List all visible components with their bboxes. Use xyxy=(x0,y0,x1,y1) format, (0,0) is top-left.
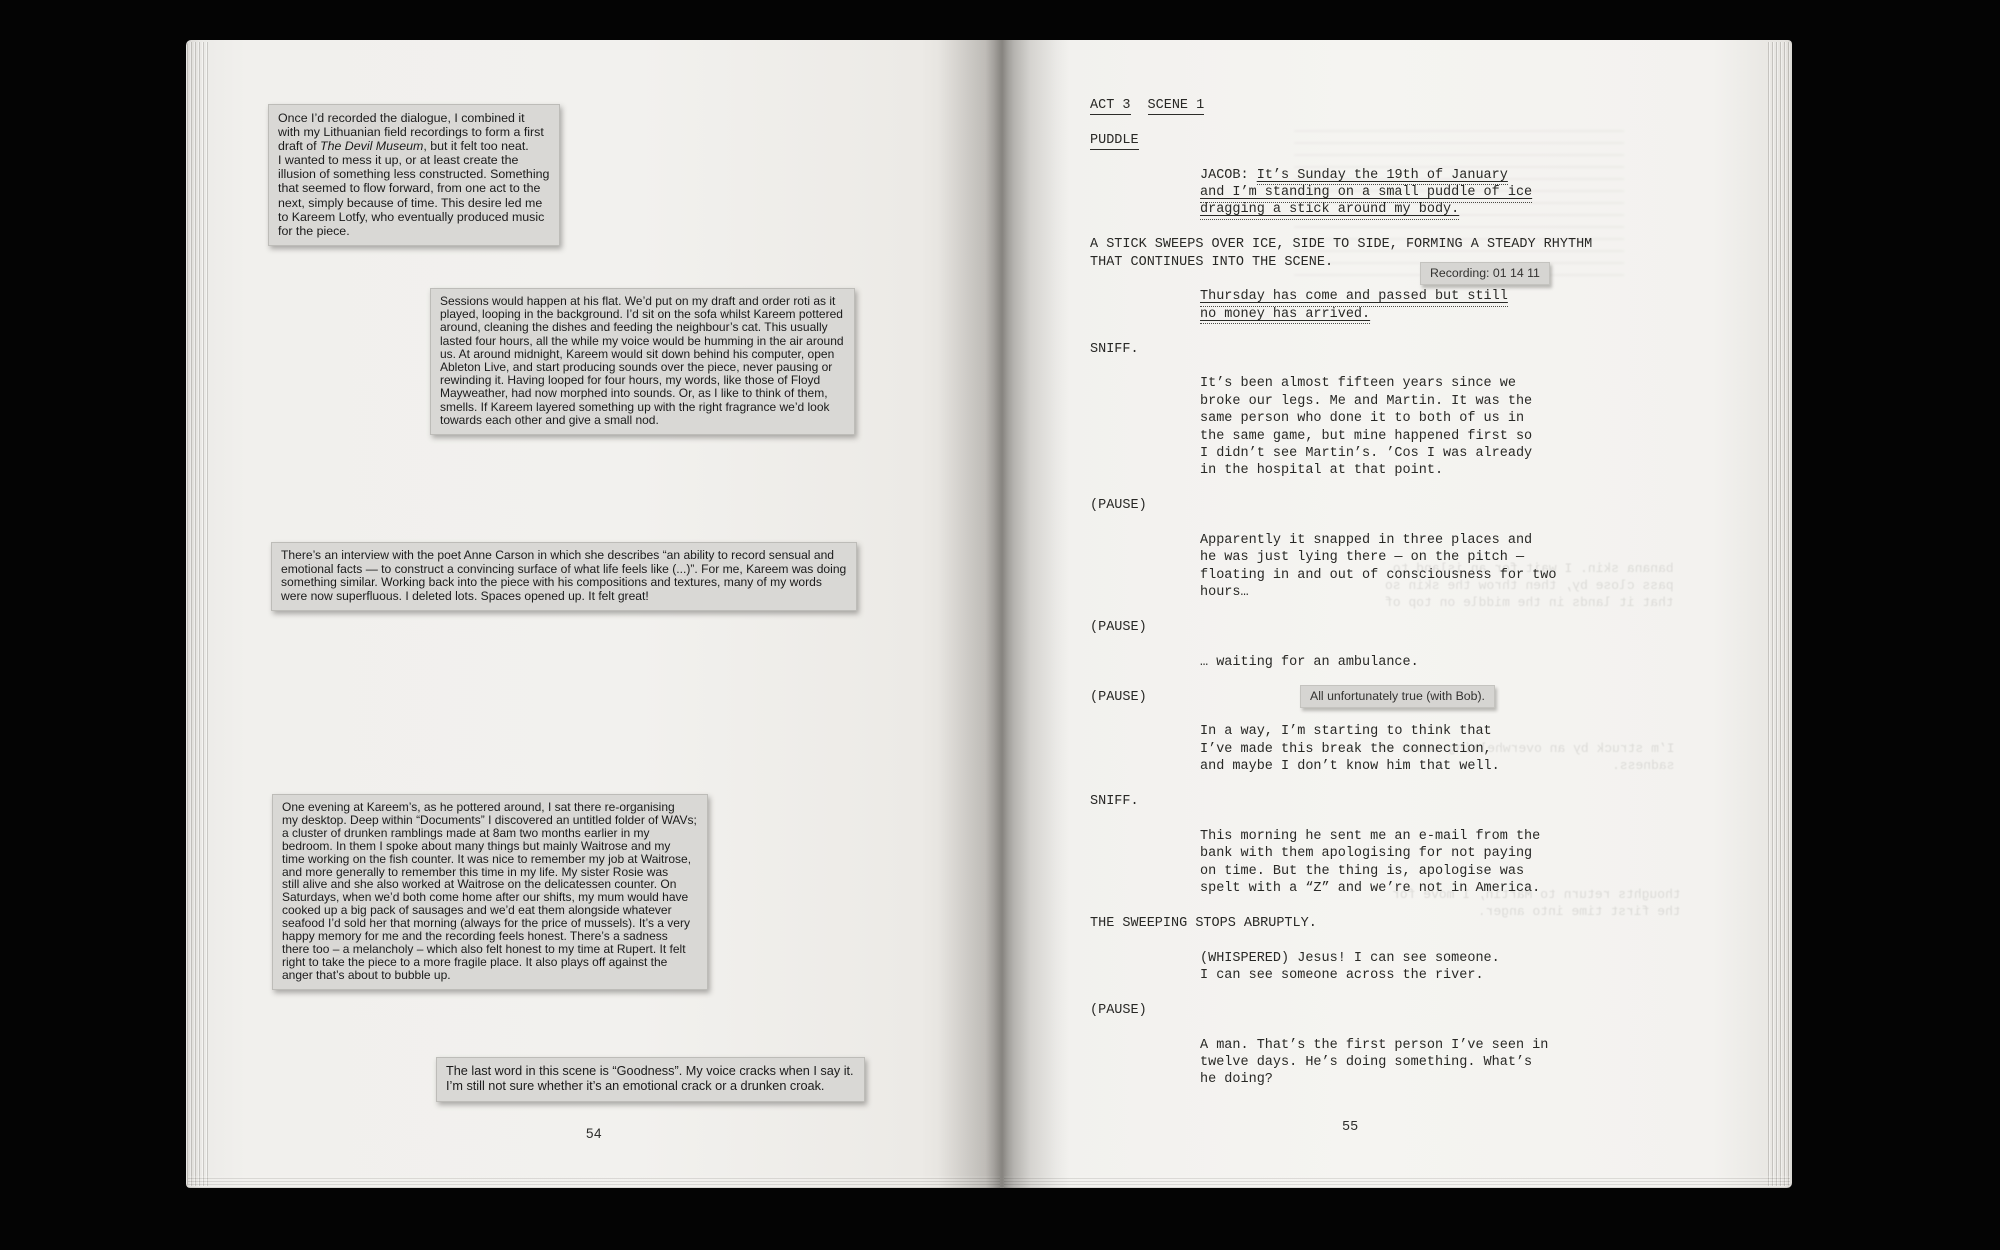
note-line: lasted four hours, all the while my voic… xyxy=(440,335,844,348)
script-line: SNIFF. xyxy=(1090,793,1764,810)
note-line: next, simply because of time. This desir… xyxy=(278,196,549,210)
note-line: towards each other and give a small nod. xyxy=(440,414,844,427)
script-line: same person who done it to both of us in xyxy=(1200,410,1764,427)
note-line: for the piece. xyxy=(278,224,549,238)
note-line: Mayweather, had now morphed into sounds.… xyxy=(440,387,844,400)
note-line: right to take the piece to a more fragil… xyxy=(282,956,697,969)
annotation-note: Sessions would happen at his flat. We’d … xyxy=(430,288,855,435)
script-line: (PAUSE) xyxy=(1090,1002,1764,1019)
script-line: A STICK SWEEPS OVER ICE, SIDE TO SIDE, F… xyxy=(1090,236,1764,253)
script-line: he doing? xyxy=(1200,1071,1764,1088)
script-line: and maybe I don’t know him that well. xyxy=(1200,758,1764,775)
script-line: SNIFF. xyxy=(1090,341,1764,358)
script-line: and I’m standing on a small puddle of ic… xyxy=(1200,184,1764,201)
margin-note-badge: All unfortunately true (with Bob). xyxy=(1300,685,1495,708)
stage-direction: THE SWEEPING STOPS ABRUPTLY. xyxy=(1090,915,1764,932)
script-line: THE SWEEPING STOPS ABRUPTLY. xyxy=(1090,915,1764,932)
script-line: hours… xyxy=(1200,584,1764,601)
left-page: Once I’d recorded the dialogue, I combin… xyxy=(186,40,1002,1188)
script-line: spelt with a “Z” and we’re not in Americ… xyxy=(1200,880,1764,897)
script-blocks: JACOB: It’s Sunday the 19th of Januaryan… xyxy=(1090,167,1764,1089)
script-line: I’ve made this break the connection, xyxy=(1200,741,1764,758)
dialogue-block: (WHISPERED) Jesus! I can see someone.I c… xyxy=(1200,950,1764,985)
script-text: ACT 3SCENE 1 PUDDLE JACOB: It’s Sunday t… xyxy=(1090,40,1764,1106)
script-line: (PAUSE) xyxy=(1090,619,1764,636)
note-line: that seemed to flow forward, from one ac… xyxy=(278,181,549,195)
note-line: there too – a melancholy – which also fe… xyxy=(282,943,697,956)
annotation-note: One evening at Kareem’s, as he pottered … xyxy=(272,794,708,990)
right-page: banana skin. I wait for an island topass… xyxy=(1002,40,1792,1188)
script-line: Thursday has come and passed but still xyxy=(1200,288,1764,305)
annotation-note: There’s an interview with the poet Anne … xyxy=(271,542,857,611)
script-line: the same game, but mine happened first s… xyxy=(1200,428,1764,445)
dialogue-block: Apparently it snapped in three places an… xyxy=(1200,532,1764,602)
note-line: my desktop. Deep within “Documents” I di… xyxy=(282,814,697,827)
note-line: illusion of something less constructed. … xyxy=(278,167,549,181)
script-line: broke our legs. Me and Martin. It was th… xyxy=(1200,393,1764,410)
note-line: emotional facts — to construct a convinc… xyxy=(281,563,846,577)
note-line: One evening at Kareem’s, as he pottered … xyxy=(282,801,697,814)
note-line: to Kareem Lotfy, who eventually produced… xyxy=(278,210,549,224)
script-line: … waiting for an ambulance. xyxy=(1200,654,1764,671)
note-line: There’s an interview with the poet Anne … xyxy=(281,549,846,563)
dialogue-block: A man. That’s the first person I’ve seen… xyxy=(1200,1037,1764,1089)
stage-direction: (PAUSE) xyxy=(1090,497,1764,514)
note-line: were now superfluous. I deleted lots. Sp… xyxy=(281,590,846,604)
act-label: ACT 3 xyxy=(1090,98,1131,115)
note-line: with my Lithuanian field recordings to f… xyxy=(278,125,549,139)
annotation-note: Once I’d recorded the dialogue, I combin… xyxy=(268,104,560,246)
page-number-54: 54 xyxy=(186,1126,1002,1141)
dialogue-block: It’s been almost fifteen years since web… xyxy=(1200,375,1764,479)
note-line: a cluster of drunken ramblings made at 8… xyxy=(282,827,697,840)
scene-title: PUDDLE xyxy=(1090,132,1764,149)
note-line: I’m still not sure whether it’s an emoti… xyxy=(446,1079,854,1094)
scene-label: SCENE 1 xyxy=(1148,98,1205,115)
dialogue-block: … waiting for an ambulance. xyxy=(1200,654,1764,671)
script-line: bank with them apologising for not payin… xyxy=(1200,845,1764,862)
script-line: This morning he sent me an e-mail from t… xyxy=(1200,828,1764,845)
stage-direction: SNIFF. xyxy=(1090,341,1764,358)
script-line: on time. But the thing is, apologise was xyxy=(1200,863,1764,880)
page-number-55: 55 xyxy=(1342,1120,1358,1135)
script-line: JACOB: It’s Sunday the 19th of January xyxy=(1200,167,1764,184)
stage-direction: (PAUSE) xyxy=(1090,619,1764,636)
dialogue-block: This morning he sent me an e-mail from t… xyxy=(1200,828,1764,898)
note-line: Once I’d recorded the dialogue, I combin… xyxy=(278,111,549,125)
annotation-note: The last word in this scene is “Goodness… xyxy=(436,1057,865,1102)
script-line: A man. That’s the first person I’ve seen… xyxy=(1200,1037,1764,1054)
script-line: floating in and out of consciousness for… xyxy=(1200,567,1764,584)
note-line: around, cleaning the dishes and feeding … xyxy=(440,321,844,334)
note-line: The last word in this scene is “Goodness… xyxy=(446,1064,854,1079)
script-line: It’s been almost fifteen years since we xyxy=(1200,375,1764,392)
recording-badge: Recording: 01 14 11 xyxy=(1420,262,1550,285)
script-line: (PAUSE) xyxy=(1090,497,1764,514)
script-line: no money has arrived. xyxy=(1200,306,1764,323)
note-line: time working on the fish counter. It was… xyxy=(282,853,697,866)
note-line: smells. If Kareem layered something up w… xyxy=(440,401,844,414)
note-line: something similar. Working back into the… xyxy=(281,576,846,590)
dialogue-block: Thursday has come and passed but stillno… xyxy=(1200,288,1764,323)
note-line: I wanted to mess it up, or at least crea… xyxy=(278,153,549,167)
dialogue-block: In a way, I’m starting to think thatI’ve… xyxy=(1200,723,1764,775)
act-scene-heading: ACT 3SCENE 1 xyxy=(1090,97,1764,114)
script-line: Apparently it snapped in three places an… xyxy=(1200,532,1764,549)
script-line: dragging a stick around my body. xyxy=(1200,201,1764,218)
note-line: draft of The Devil Museum, but it felt t… xyxy=(278,139,549,153)
script-line: I can see someone across the river. xyxy=(1200,967,1764,984)
script-line: in the hospital at that point. xyxy=(1200,462,1764,479)
script-line: In a way, I’m starting to think that xyxy=(1200,723,1764,740)
note-line: anger that’s about to bubble up. xyxy=(282,969,697,982)
script-line: (WHISPERED) Jesus! I can see someone. xyxy=(1200,950,1764,967)
scene-title-label: PUDDLE xyxy=(1090,133,1139,150)
stage-direction: SNIFF. xyxy=(1090,793,1764,810)
speaker-label: JACOB: xyxy=(1200,168,1257,183)
stage-direction: (PAUSE) xyxy=(1090,1002,1764,1019)
script-line: twelve days. He’s doing something. What’… xyxy=(1200,1054,1764,1071)
script-line: I didn’t see Martin’s. ’Cos I was alread… xyxy=(1200,445,1764,462)
script-line: he was just lying there — on the pitch — xyxy=(1200,549,1764,566)
dialogue-block: JACOB: It’s Sunday the 19th of Januaryan… xyxy=(1200,167,1764,219)
note-line: bedroom. In them I spoke about many thin… xyxy=(282,840,697,853)
